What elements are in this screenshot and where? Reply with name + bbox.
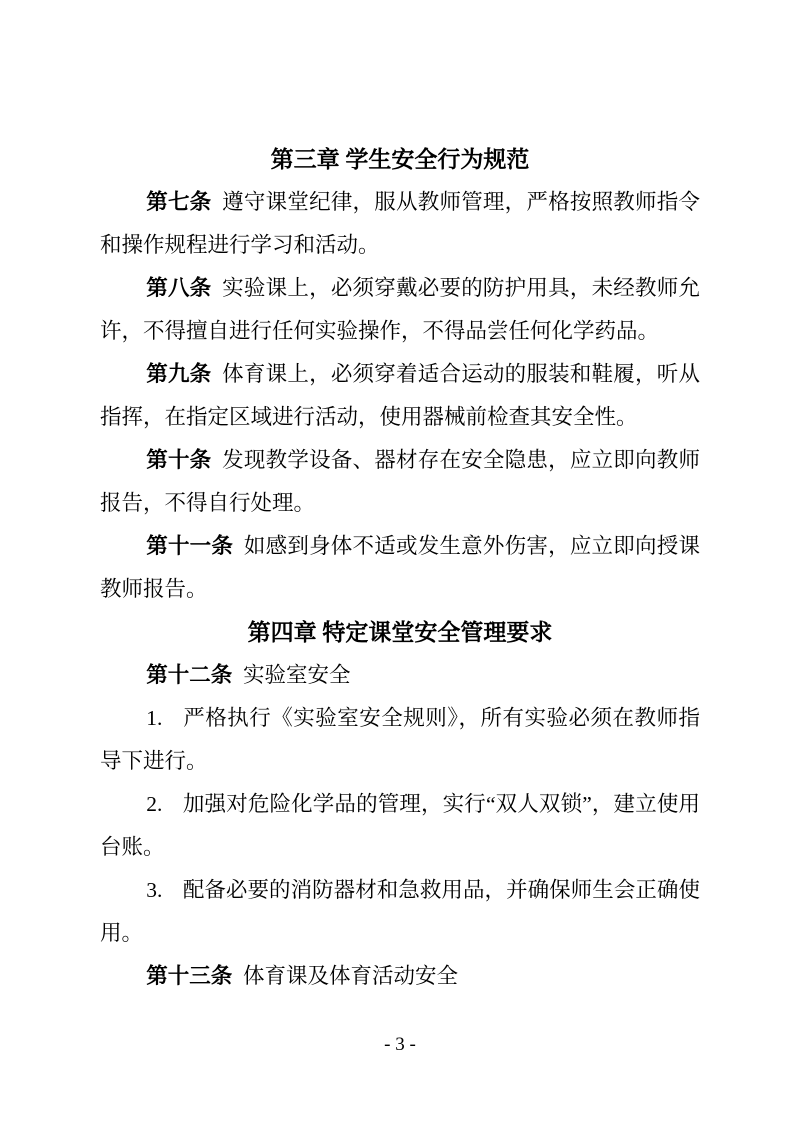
article-12-item-3-number: 3. — [146, 878, 162, 902]
article-12-item-1: 1.严格执行《实验室安全规则》，所有实验必须在教师指导下进行。 — [100, 697, 700, 783]
article-9: 第九条体育课上，必须穿着适合运动的服装和鞋履，听从指挥，在指定区域进行活动，使用… — [100, 353, 700, 439]
article-13: 第十三条体育课及体育活动安全 — [100, 955, 700, 998]
article-12: 第十二条实验室安全 — [100, 654, 700, 697]
article-12-item-2-text: 加强对危险化学品的管理，实行“双人双锁”，建立使用台账。 — [100, 792, 700, 859]
chapter-3-heading: 第三章 学生安全行为规范 — [100, 138, 700, 181]
article-12-item-3: 3.配备必要的消防器材和急救用品，并确保师生会正确使用。 — [100, 869, 700, 955]
article-12-item-3-text: 配备必要的消防器材和急救用品，并确保师生会正确使用。 — [100, 878, 700, 945]
article-12-item-1-text: 严格执行《实验室安全规则》，所有实验必须在教师指导下进行。 — [100, 706, 700, 773]
article-12-text: 实验室安全 — [243, 663, 351, 687]
article-7: 第七条遵守课堂纪律，服从教师管理，严格按照教师指令和操作规程进行学习和活动。 — [100, 181, 700, 267]
article-11: 第十一条如感到身体不适或发生意外伤害，应立即向授课教师报告。 — [100, 525, 700, 611]
article-8: 第八条实验课上，必须穿戴必要的防护用具，未经教师允许，不得擅自进行任何实验操作，… — [100, 267, 700, 353]
article-13-label: 第十三条 — [146, 964, 232, 988]
article-8-label: 第八条 — [146, 276, 211, 300]
document-content: 第三章 学生安全行为规范 第七条遵守课堂纪律，服从教师管理，严格按照教师指令和操… — [100, 138, 700, 998]
article-7-label: 第七条 — [146, 190, 211, 214]
article-10-label: 第十条 — [146, 448, 211, 472]
article-13-text: 体育课及体育活动安全 — [243, 964, 458, 988]
document-page: 第三章 学生安全行为规范 第七条遵守课堂纪律，服从教师管理，严格按照教师指令和操… — [0, 0, 800, 1132]
article-12-label: 第十二条 — [146, 663, 232, 687]
article-12-item-2-number: 2. — [146, 792, 162, 816]
article-12-item-2: 2.加强对危险化学品的管理，实行“双人双锁”，建立使用台账。 — [100, 783, 700, 869]
page-number: - 3 - — [0, 1032, 800, 1058]
article-12-item-1-number: 1. — [146, 706, 162, 730]
article-11-label: 第十一条 — [146, 534, 233, 558]
article-9-label: 第九条 — [146, 362, 211, 386]
article-10: 第十条发现教学设备、器材存在安全隐患，应立即向教师报告，不得自行处理。 — [100, 439, 700, 525]
chapter-4-heading: 第四章 特定课堂安全管理要求 — [100, 611, 700, 654]
